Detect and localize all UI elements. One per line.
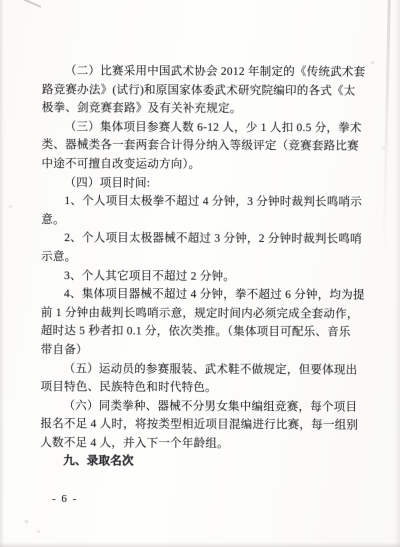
text-line: 报名不足 4 人时，将按类型相近项目混编进行比赛，每一组别 (40, 415, 364, 435)
document-text: （二）比赛采用中国武术协会 2012 年制定的《传统武术套路竞赛办法》(试行)和… (40, 62, 366, 472)
text-line: 极拳、剑竞赛套路》及有关补充规定。 (42, 99, 366, 119)
text-line: 前 1 分钟由裁判长鸣哨示意，规定时间内必须完成全套动作， (41, 304, 365, 324)
text-line: 示意。 (41, 248, 365, 268)
scan-edge-shadow-left (0, 0, 4, 547)
section-heading: 九、录取名次 (40, 452, 364, 472)
page-number: - 6 - (52, 493, 78, 505)
scan-edge-shadow-right (394, 0, 400, 547)
scan-edge-shadow-bottom (0, 542, 400, 547)
text-line: 中途不可擅自改变运动方向）。 (42, 155, 366, 175)
text-line: （四）项目时间: (41, 174, 365, 194)
text-line: 路竞赛办法》(试行)和原国家体委武术研究院编印的各式《太 (42, 81, 366, 101)
text-line: 2、个人项目太极器械不超过 3 分钟，2 分钟时裁判长鸣哨 (41, 229, 365, 249)
text-line: 类、器械类各一套两套合计得分纳入等级评定（竞赛套路比赛 (42, 136, 366, 156)
text-line: 项目特色、民族特色和时代特色。 (41, 378, 365, 398)
text-line: 超时达 5 秒者扣 0.1 分，依次类推。（集体项目可配乐、音乐 (41, 322, 365, 342)
text-line: 1、个人项目太极拳不超过 4 分钟，3 分钟时裁判长鸣哨示 (41, 192, 365, 212)
text-line: 4、集体项目器械不超过 4 分钟，拳不超过 6 分钟，均为提 (41, 285, 365, 305)
text-line: （二）比赛采用中国武术协会 2012 年制定的《传统武术套 (42, 62, 366, 82)
text-line: 意。 (41, 211, 365, 231)
text-line: 3、个人其它项目不超过 2 分钟。 (41, 267, 365, 287)
text-line: 人数不足 4 人，并入下一个年龄组。 (40, 434, 364, 454)
text-line: 带自备） (41, 341, 365, 361)
text-line: （三）集体项目参赛人数 6-12 人，少 1 人扣 0.5 分，拳术 (42, 118, 366, 138)
scan-smudge (23, 0, 42, 8)
scanned-document-page: （二）比赛采用中国武术协会 2012 年制定的《传统武术套路竞赛办法》(试行)和… (0, 0, 400, 547)
scan-specks (0, 0, 1, 1)
text-line: （五）运动员的参赛服装、武术鞋不做规定，但要体现出 (41, 359, 365, 379)
text-line: （六）同类拳种、器械不分男女集中编组竞赛，每个项目 (40, 397, 364, 417)
scan-crease (382, 0, 391, 265)
